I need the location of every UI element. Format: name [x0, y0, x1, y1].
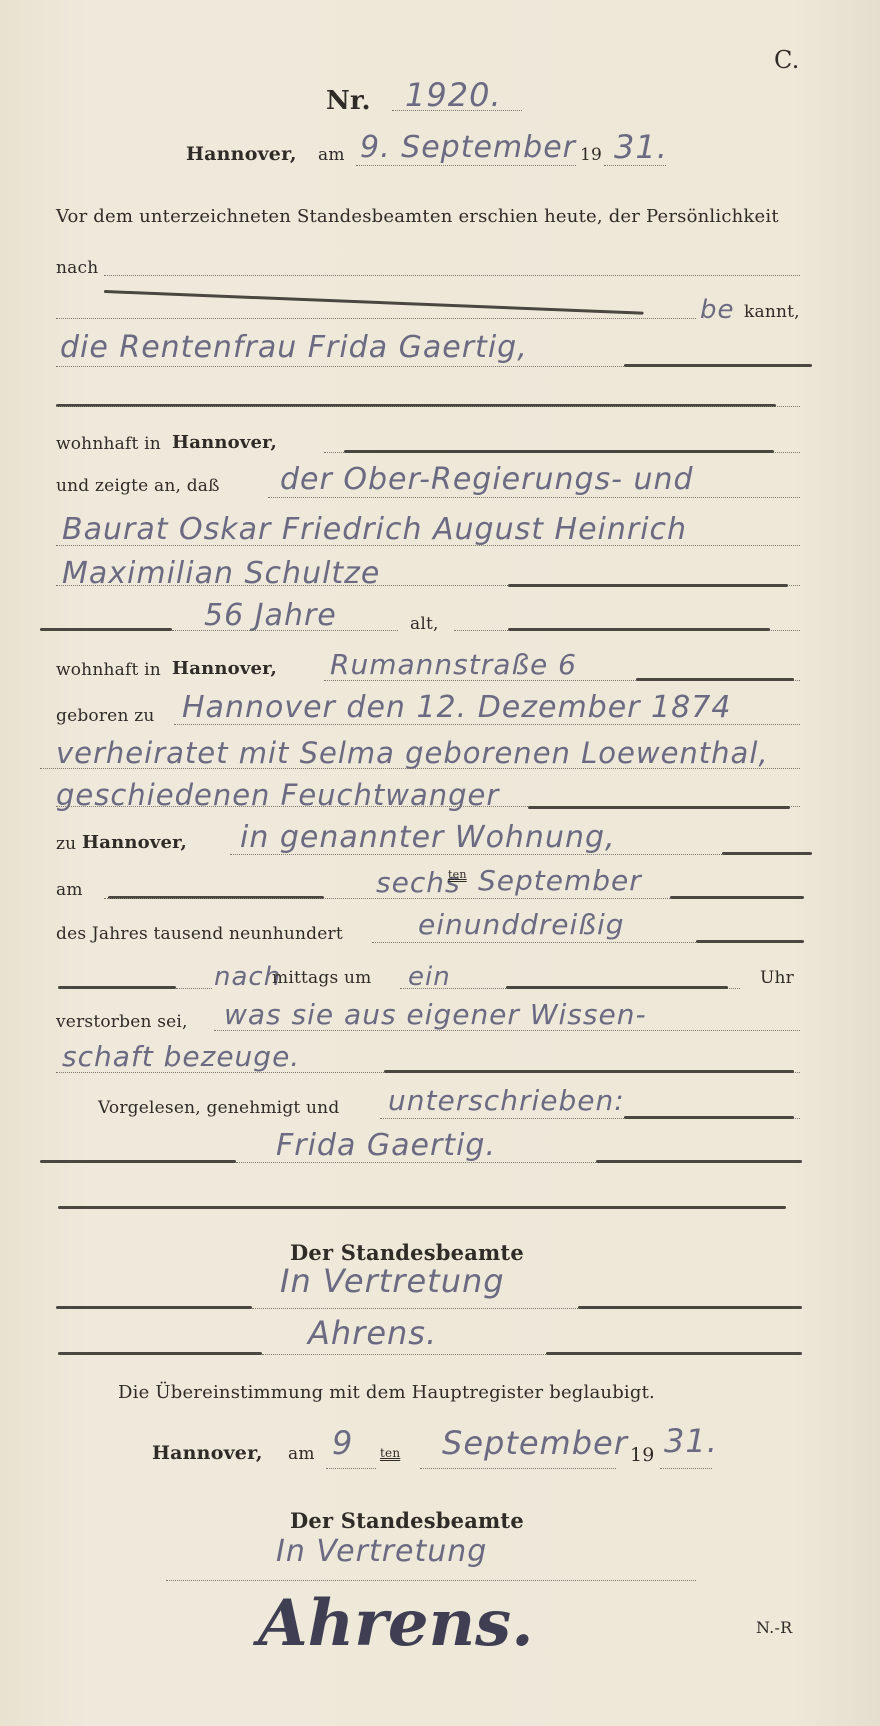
header-year-suffix: 31. [614, 128, 668, 166]
cert-day-line [326, 1468, 376, 1469]
vorgelesen-fill-stroke [624, 1116, 794, 1119]
wohnhaft2-city: Hannover, [172, 658, 277, 679]
signature-fill-stroke-left [40, 1160, 236, 1163]
official-name-1-line [262, 1354, 548, 1355]
residence-fill-stroke [636, 678, 794, 681]
footer-mark: N.-R [756, 1618, 792, 1637]
signature-line [236, 1162, 596, 1163]
verstorben-label: verstorben sei, [56, 1012, 188, 1032]
knowledge-line-1: was sie aus eigener Wissen- [224, 998, 647, 1031]
official-2-line [166, 1580, 696, 1581]
mittags-fill-stroke-left [58, 986, 176, 989]
death-place-line [230, 854, 800, 855]
death-month: September [478, 864, 642, 897]
official-1-stroke-left [56, 1306, 252, 1309]
cert-day-suffix: ten [380, 1446, 400, 1460]
official-vertretung-1: In Vertretung [280, 1262, 505, 1300]
header-date: 9. September [360, 130, 576, 165]
am-label: am [56, 880, 83, 900]
cert-month-line [420, 1468, 616, 1469]
wohnhaft-city: Hannover, [172, 432, 277, 453]
certification-line: Die Übereinstimmung mit dem Hauptregiste… [118, 1382, 655, 1403]
knowledge-line-1-rule [214, 1030, 800, 1031]
official-1-stroke-right [578, 1306, 802, 1309]
am-fill-stroke-right [670, 896, 804, 899]
informant-fill-stroke [624, 364, 812, 367]
closing-fill-stroke [58, 1206, 786, 1209]
deceased-line-1: der Ober-Regierungs- und [280, 462, 694, 497]
nach-line [104, 275, 800, 276]
official-signature-2: Ahrens. [258, 1586, 533, 1661]
marriage-line-1: verheiratet mit Selma geborenen Loewenth… [56, 736, 769, 770]
register-number-line [392, 110, 522, 111]
vorgelesen-label: Vorgelesen, genehmigt und [98, 1098, 339, 1118]
death-place: in genannter Wohnung, [240, 820, 616, 855]
age-line [172, 630, 398, 631]
informant-name: die Rentenfrau Frida Gaertig, [60, 330, 528, 365]
informant-line [56, 366, 626, 367]
knowledge-fill-stroke [384, 1070, 794, 1073]
jahres-label: des Jahres tausend neunhundert [56, 924, 343, 944]
cert-year-suffix: 31. [664, 1422, 718, 1460]
zu-label: zu [56, 834, 76, 854]
wohnhaft-fill-stroke [344, 450, 774, 453]
death-place-fill-stroke [722, 852, 812, 855]
nach-label: nach [56, 258, 98, 278]
official-name-1-stroke-left [58, 1352, 262, 1355]
intro-line: Vor dem unterzeichneten Standesbeamten e… [56, 206, 779, 227]
cert-day: 9 [332, 1424, 353, 1462]
blank-line [56, 406, 800, 407]
mittags-label: mittags um [272, 968, 371, 988]
header-year-line [604, 165, 666, 166]
death-year: einunddreißig [418, 908, 625, 941]
birth-line [174, 724, 800, 725]
signature-fill-stroke-right [596, 1160, 802, 1163]
deceased-line-2: Baurat Oskar Friedrich August Heinrich [62, 512, 687, 547]
strike-through-line [104, 290, 644, 315]
wohnhaft2-label: wohnhaft in [56, 660, 161, 680]
deceased-fill-stroke [508, 584, 788, 587]
alt-fill-stroke [508, 628, 770, 631]
official-1-line [252, 1308, 578, 1309]
register-number: 1920. [405, 76, 502, 114]
mittags-line [176, 988, 212, 989]
zeigte-label: und zeigte an, daß [56, 476, 220, 496]
cert-am-label: am [288, 1444, 315, 1464]
death-year-fill-stroke [696, 940, 804, 943]
deceased-line-2-rule [56, 545, 800, 546]
cert-year-line [660, 1468, 712, 1469]
header-date-line [356, 165, 576, 166]
age-fill-stroke-left [40, 628, 172, 631]
birth-info: Hannover den 12. Dezember 1874 [182, 690, 731, 725]
corner-letter: C. [774, 46, 800, 74]
unterschrieben: unterschrieben: [388, 1084, 625, 1117]
death-day-suffix: ten [448, 868, 467, 881]
knowledge-line-2: schaft bezeuge. [62, 1040, 300, 1073]
register-number-label: Nr. [326, 86, 371, 116]
register-page: C. Nr. 1920. Hannover, am 9. September 1… [0, 0, 880, 1726]
bekannt-label: kannt, [744, 302, 800, 322]
cert-year-prefix: 19 [630, 1444, 655, 1466]
time-fill-stroke [506, 986, 728, 989]
alt-label: alt, [410, 614, 439, 634]
official-vertretung-2: In Vertretung [276, 1534, 487, 1569]
official-name-1: Ahrens. [308, 1314, 437, 1352]
marriage-line-1-rule [40, 768, 800, 769]
wohnhaft-label: wohnhaft in [56, 434, 161, 454]
header-am-label: am [318, 145, 345, 165]
marriage-fill-stroke [528, 806, 790, 809]
header-city: Hannover, [186, 143, 297, 165]
geboren-label: geboren zu [56, 706, 155, 726]
deceased-line-1-rule [268, 497, 800, 498]
official-title-2: Der Standesbeamte [290, 1508, 524, 1533]
informant-signature: Frida Gaertig. [276, 1128, 496, 1163]
bekannt-prefix: be [700, 295, 735, 325]
header-year-prefix: 19 [580, 145, 602, 165]
residence: Rumannstraße 6 [330, 648, 577, 681]
uhr-label: Uhr [760, 968, 794, 988]
zu-city: Hannover, [82, 832, 187, 853]
cert-month: September [442, 1424, 628, 1462]
cert-city: Hannover, [152, 1442, 263, 1464]
bekannt-line [56, 318, 696, 319]
official-name-1-stroke-right [546, 1352, 802, 1355]
age: 56 Jahre [204, 598, 337, 633]
